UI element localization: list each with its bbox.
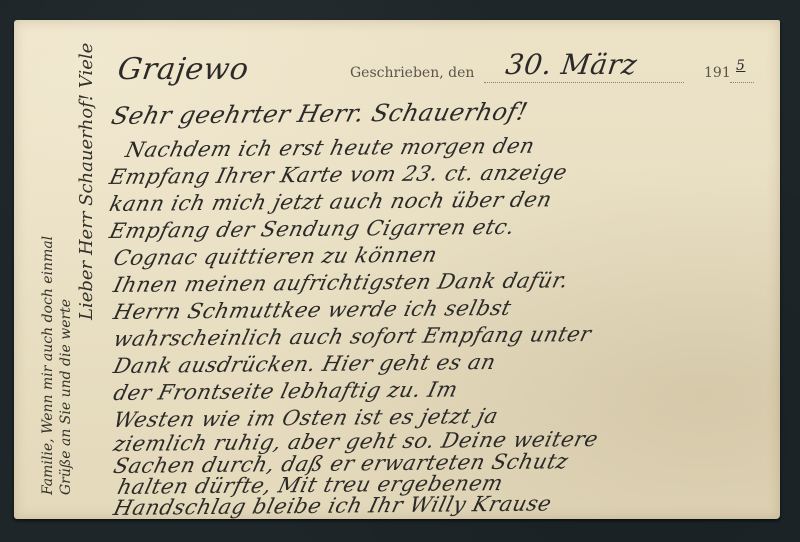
year-dotted-line <box>730 82 754 83</box>
body-line-5: Cognac quittieren zu können <box>111 243 440 270</box>
postcard: Familie, Wenn mir auch doch einmal Grüße… <box>14 20 780 519</box>
body-line-8: wahrscheinlich auch sofort Empfang unter <box>111 322 594 351</box>
printed-written-on-label: Geschrieben, den <box>350 65 474 81</box>
body-line-10: der Frontseite lebhaftig zu. Im <box>111 377 460 405</box>
body-line-6: Ihnen meinen aufrichtigsten Dank dafür. <box>111 268 571 297</box>
body-line-1: Nachdem ich erst heute morgen den <box>123 134 537 162</box>
body-line-4: Empfang der Sendung Cigarren etc. <box>107 215 517 243</box>
printed-year-prefix: 191 <box>704 65 731 81</box>
place-name: Grajewo <box>116 52 251 87</box>
margin-text-line-1: Familie, Wenn mir auch doch einmal <box>40 236 56 495</box>
body-line-7: Herrn Schmuttkee werde ich selbst <box>111 296 514 324</box>
margin-text-line-2: Grüße an Sie und die werte <box>58 299 74 495</box>
body-line-3: kann ich mich jetzt auch noch über den <box>107 187 554 216</box>
margin-text-line-3: Lieber Herr Schauerhof! Viele <box>76 43 97 320</box>
body-line-9: Dank ausdrücken. Hier geht es an <box>111 350 498 378</box>
date-dotted-line <box>484 82 684 83</box>
handwritten-year-suffix: 5 <box>736 58 745 74</box>
body-line-2: Empfang Ihrer Karte vom 23. ct. anzeige <box>107 160 570 189</box>
handwritten-date: 30. März <box>504 48 640 81</box>
body-line-15-closing-and-signature: Handschlag bleibe ich Ihr Willy Krause <box>111 491 554 519</box>
salutation: Sehr geehrter Herr. Schauerhof! <box>109 98 531 130</box>
